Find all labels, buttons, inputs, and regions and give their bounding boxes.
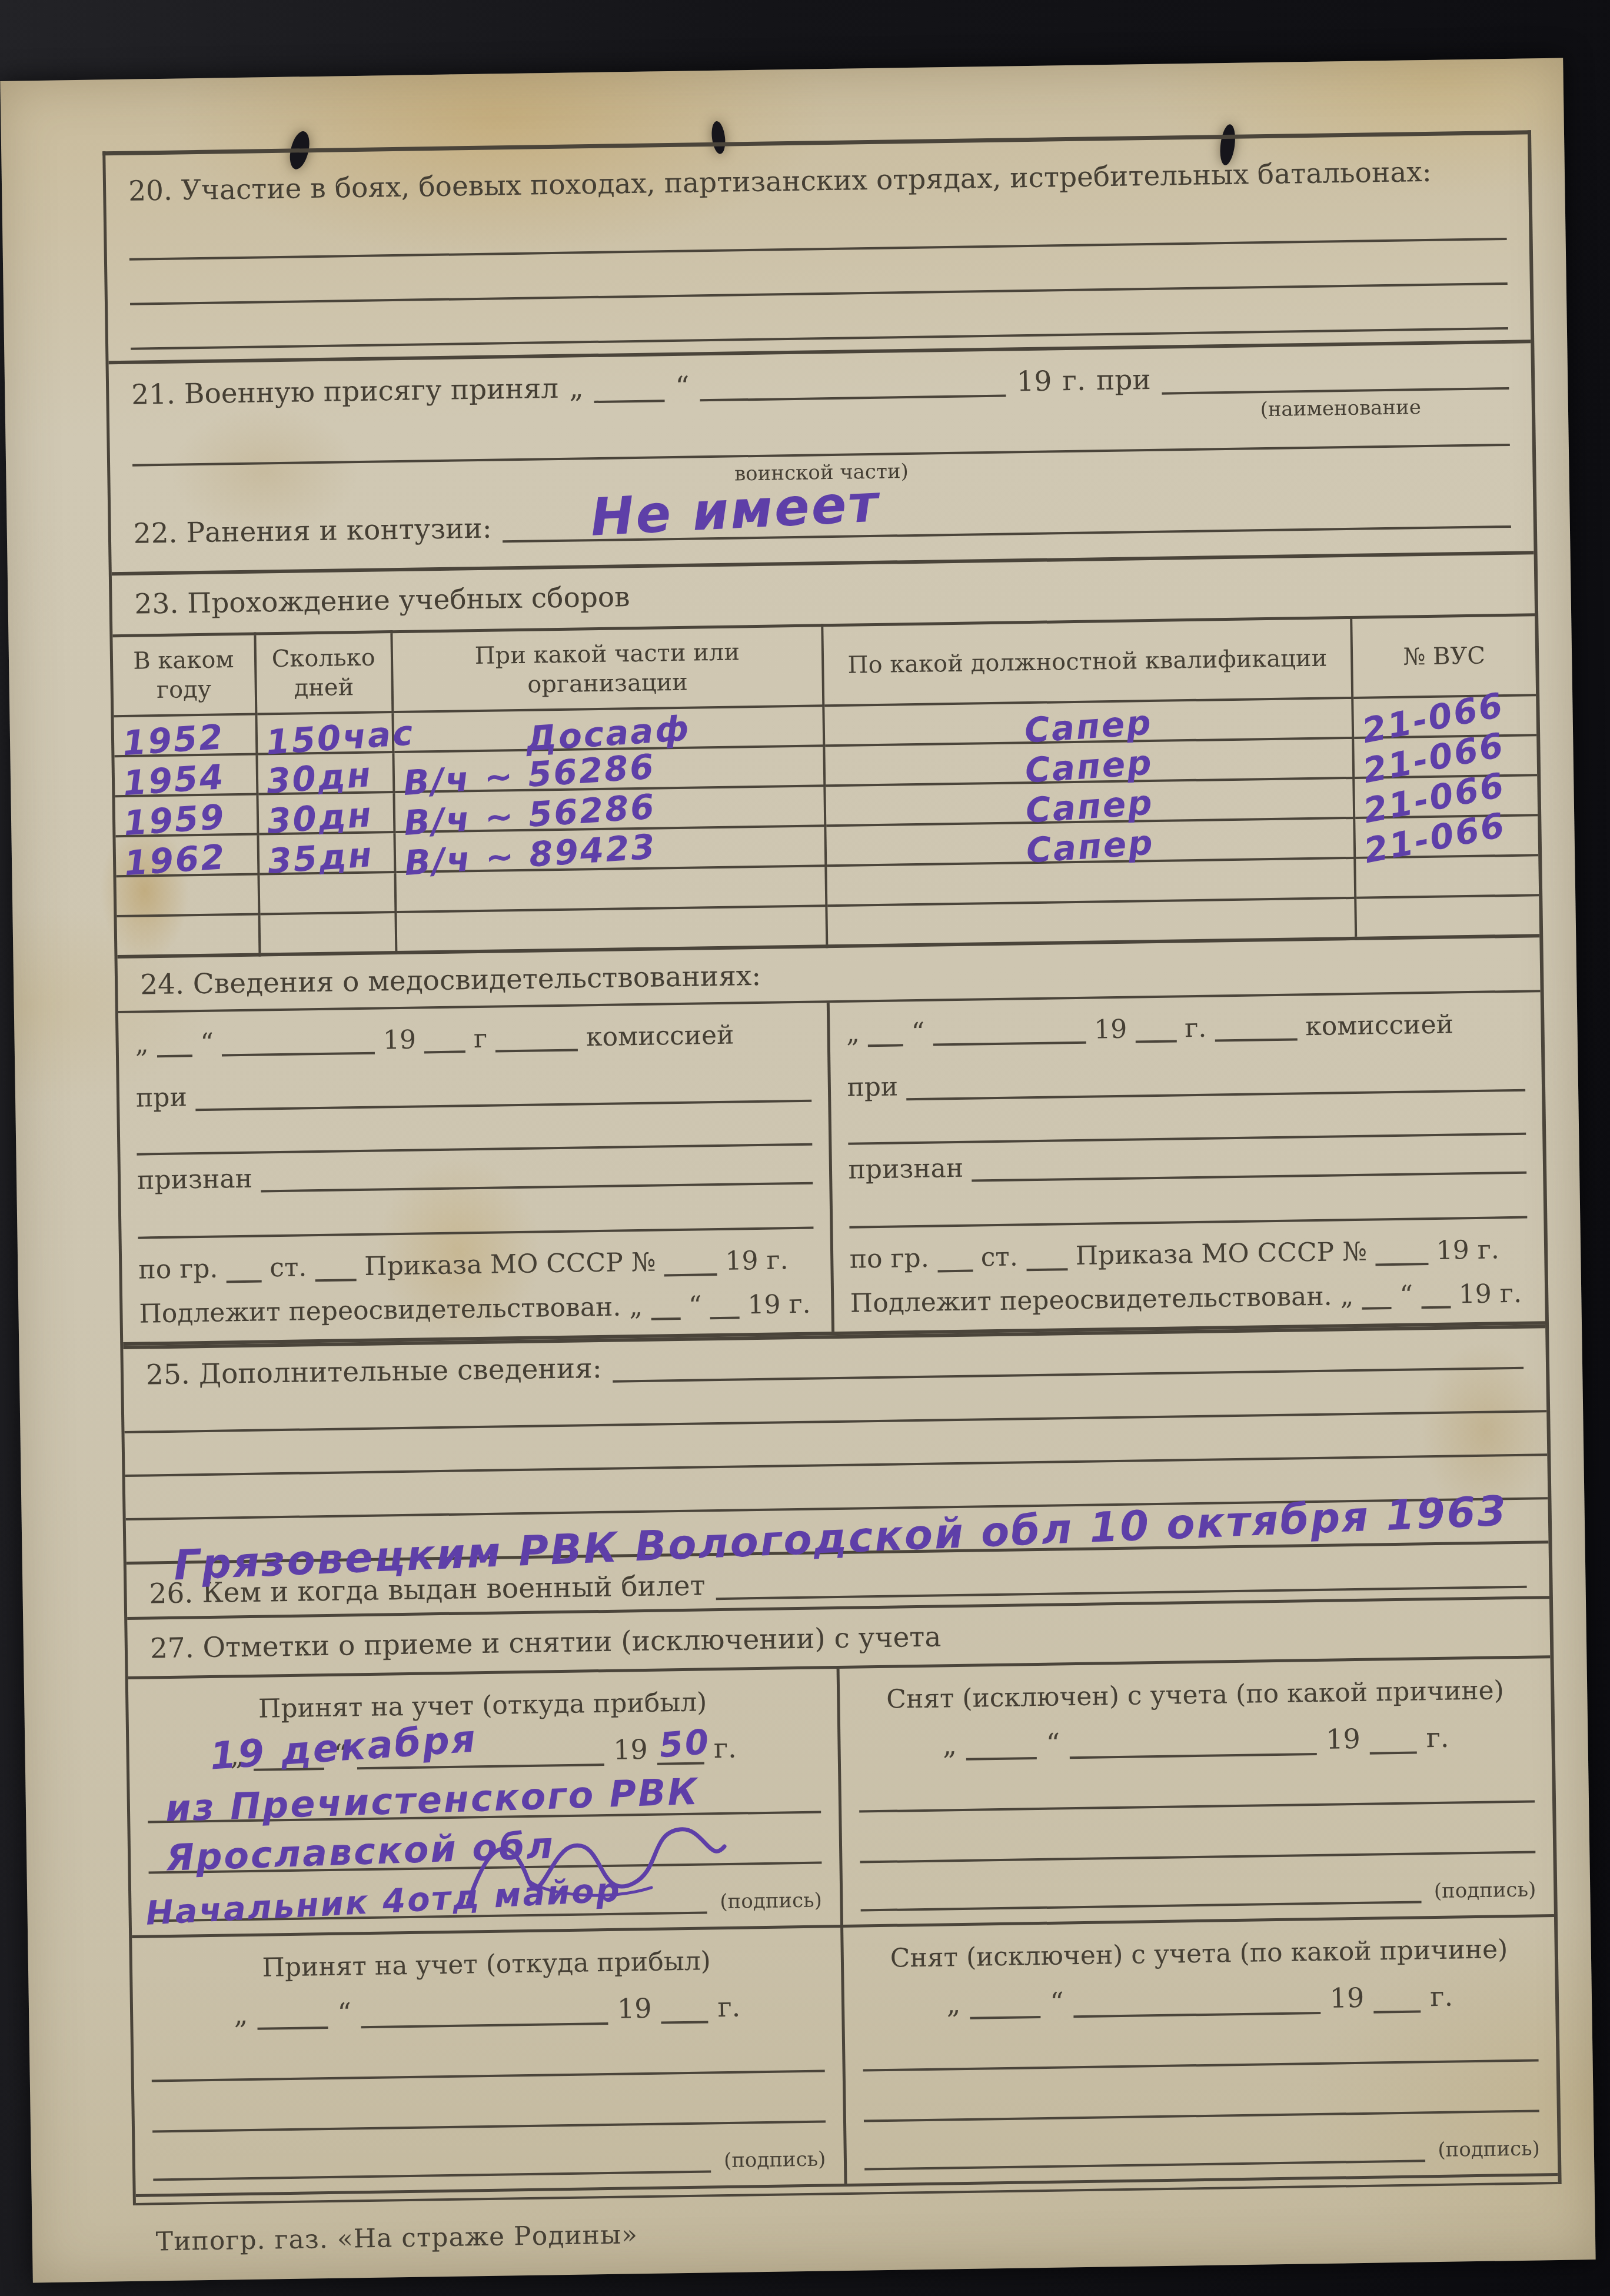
section-23-training-camps: 23. Прохождение учебных сборов В каком г… (112, 551, 1539, 958)
blank-field (651, 1310, 680, 1320)
year-prefix: 19 (1016, 367, 1052, 397)
blank-field (868, 1037, 903, 1047)
section-23-label: 23. Прохождение учебных сборов (112, 567, 1535, 621)
open-quote: „ (846, 1020, 860, 1047)
accepted-cell: Принят на учет (откуда прибыл) „ “ 19 де… (128, 1669, 843, 1935)
year-suffix: г. (1477, 1237, 1499, 1265)
blank-field (1026, 1261, 1067, 1271)
blank-field (222, 1045, 375, 1057)
open-quote: „ (135, 1030, 148, 1058)
cell-role: Сапер (1024, 748, 1153, 784)
po-gr-label: по гр. (138, 1256, 218, 1284)
cell-role: Сапер (1024, 788, 1154, 824)
registration-row-1: Принят на учет (откуда прибыл) „ “ 19 де… (128, 1658, 1554, 1938)
cell-year: 1959 (123, 803, 227, 837)
section-24-medical: 24. Сведения о медосвидетельствованиях: … (118, 937, 1545, 1346)
handwritten-year: 50 (658, 1721, 712, 1765)
blank-field (1373, 2003, 1421, 2013)
close-quote: “ (337, 1996, 351, 2028)
blank-field (1162, 380, 1509, 395)
blank-field (1362, 1300, 1392, 1310)
year-prefix: 19 (1094, 1016, 1127, 1044)
open-quote: „ (629, 1293, 643, 1321)
document-paper: 20. Участие в боях, боевых походах, парт… (0, 58, 1595, 2283)
year-prefix: 19 (617, 1992, 651, 2024)
year-prefix: 19 (725, 1247, 759, 1275)
blank-field (1069, 1746, 1316, 1759)
blank-field (1421, 1299, 1451, 1309)
open-quote: „ (569, 374, 584, 404)
close-quote: “ (200, 1030, 214, 1057)
registration-table: Принят на учет (откуда прибыл) „ “ 19 де… (128, 1655, 1558, 2197)
blank-field (495, 1042, 578, 1053)
year-prefix: 19 (613, 1733, 648, 1766)
year-suffix: г. (717, 1991, 741, 2023)
year-suffix: г (474, 1026, 488, 1053)
handwritten-date: 19 декабря (208, 1717, 478, 1778)
year-prefix: 19 (1326, 1723, 1360, 1755)
blank-field (937, 1262, 973, 1272)
section-25-label: 25. Дополнительные сведения: (146, 1354, 602, 1390)
col-header-unit: При какой части или организации (391, 625, 823, 711)
medical-panel-right: „ “ 19 г. комиссией при (829, 992, 1545, 1332)
blank-field (594, 392, 665, 403)
year-suffix: г. (1062, 367, 1086, 396)
blank-field (864, 2152, 1425, 2170)
military-registration-form: 20. Участие в боях, боевых походах, парт… (102, 130, 1562, 2205)
training-camps-table: В каком году Сколько дней При какой част… (112, 613, 1539, 959)
close-quote: “ (1399, 1282, 1413, 1309)
blank-field (710, 1309, 740, 1319)
section-27-registration-marks: 27. Отметки о приеме и снятии (исключени… (127, 1599, 1558, 2205)
blank-line (859, 1802, 1536, 1863)
podlezhit-label: Подлежит переосвидетельствован. (139, 1293, 621, 1327)
blank-field (700, 387, 1006, 401)
accepted-header: Принят на учет (откуда прибыл) (156, 1944, 817, 1985)
cell-year: 1952 (122, 723, 225, 757)
col-header-vus: № ВУС (1351, 614, 1536, 697)
section-21-oath: 21. Военную присягу принял „ “ 19 г. при… (109, 344, 1533, 496)
removed-header: Снят (исключен) с учета (по какой причин… (863, 1675, 1527, 1716)
year-prefix: 19 (1459, 1280, 1492, 1308)
cell-unit: Досааф (525, 714, 691, 753)
blank-field (153, 2163, 711, 2181)
blank-line (863, 2061, 1539, 2122)
cell-days: 30дн (265, 761, 372, 795)
blank-field (966, 1750, 1037, 1761)
cell-year: 1962 (124, 843, 227, 877)
open-quote: „ (234, 1998, 248, 2030)
podpis-label: (подпись) (720, 1888, 822, 1914)
section-21-label: 21. Военную присягу принял (131, 374, 559, 410)
podpis-label: (подпись) (1434, 1878, 1536, 1903)
year-prefix: 19 (383, 1027, 417, 1054)
blank-line (152, 2072, 826, 2132)
year-suffix: г. (1426, 1721, 1449, 1753)
close-quote: “ (688, 1292, 702, 1320)
prikaz-label: Приказа МО СССР № (1075, 1239, 1367, 1270)
priznan-label: признан (848, 1155, 963, 1184)
prikaz-label: Приказа МО СССР № (364, 1249, 656, 1281)
year-suffix: г. (789, 1290, 811, 1318)
removed-cell: Снят (исключен) с учета (по какой причин… (839, 1658, 1554, 1925)
removed-cell: Снят (исключен) с учета (по какой причин… (843, 1917, 1558, 2184)
blank-field (227, 1273, 262, 1283)
year-prefix: 19 (747, 1291, 781, 1319)
cell-days: 150час (265, 719, 415, 756)
blank-field (258, 2019, 328, 2030)
blank-field: 19 декабря (357, 1756, 604, 1769)
cell-days: 35дн (267, 841, 374, 875)
cell-year: 1954 (122, 763, 226, 797)
po-gr-label: по гр. (849, 1245, 929, 1273)
accepted-cell: Принят на учет (откуда прибыл) „ “ 19 г. (132, 1928, 847, 2194)
blank-field (361, 2015, 608, 2028)
close-quote: “ (675, 372, 690, 402)
blank-field (860, 1894, 1421, 1911)
pri-label: при (136, 1084, 188, 1112)
blank-field (933, 1034, 1086, 1046)
close-quote: “ (1050, 1986, 1064, 2018)
blank-field (424, 1044, 465, 1054)
year-suffix: г. (1500, 1280, 1522, 1307)
year-suffix: г. (713, 1732, 737, 1764)
pri-label: при (847, 1074, 899, 1102)
year-prefix: 19 (1436, 1237, 1469, 1265)
st-label: ст. (270, 1255, 307, 1282)
col-header-year: В каком году (112, 634, 256, 716)
medical-panel-left: „ “ 19 г комиссией при (118, 1003, 834, 1342)
blank-field (1375, 1256, 1428, 1266)
blank-field (1073, 2005, 1320, 2018)
komissiei-label: комиссией (1305, 1011, 1453, 1040)
komissiei-label: комиссией (586, 1022, 734, 1051)
col-header-days: Сколько дней (255, 631, 392, 714)
blank-field (315, 1272, 356, 1282)
close-quote: “ (1046, 1727, 1060, 1759)
blank-field (1370, 1744, 1417, 1754)
cell-role: Сапер (1025, 828, 1155, 864)
section-22-label: 22. Ранения и контузии: (133, 514, 491, 548)
blank-field (157, 1047, 192, 1057)
open-quote: „ (943, 1729, 957, 1761)
year-suffix: г. (1185, 1015, 1207, 1043)
blank-field (664, 1266, 717, 1276)
medical-panels: „ “ 19 г комиссией при (118, 990, 1545, 1346)
open-quote: „ (946, 1988, 961, 2019)
blank-field (1135, 1033, 1176, 1043)
blank-field (716, 1579, 1527, 1600)
print-shop-footer: Типогр. газ. «На страже Родины» (133, 2196, 660, 2257)
podlezhit-label: Подлежит переосвидетельствован. (850, 1283, 1332, 1317)
cell-days: 30дн (266, 801, 373, 835)
signature-icon (456, 1811, 734, 1921)
cell-role: Сапер (1023, 708, 1153, 744)
blank-field (1215, 1031, 1297, 1042)
removed-header: Снят (исключен) с учета (по какой причин… (867, 1934, 1531, 1975)
year-suffix: г. (1430, 1980, 1453, 2012)
section-22-wounds: 22. Ранения и контузии: Не имеет (111, 498, 1533, 548)
section-20-combat-participation: 20. Участие в боях, боевых походах, парт… (105, 134, 1531, 364)
pri-label: при (1096, 365, 1151, 395)
accepted-header: Принят на учет (откуда прибыл) (152, 1686, 813, 1726)
blank-field: Не имеет (503, 518, 1511, 543)
col-header-role: По какой должностной квалификации (822, 617, 1352, 706)
priznan-label: признан (137, 1166, 252, 1194)
open-quote: „ (1340, 1283, 1353, 1310)
registration-row-2: Принят на учет (откуда прибыл) „ “ 19 г. (132, 1917, 1558, 2194)
blank-field: 50 (657, 1755, 704, 1765)
close-quote: “ (912, 1019, 925, 1047)
year-suffix: г. (766, 1247, 789, 1275)
st-label: ст. (980, 1244, 1018, 1272)
podpis-label: (подпись) (724, 2147, 826, 2172)
year-prefix: 19 (1329, 1981, 1364, 2014)
podpis-label: (подпись) (1438, 2137, 1540, 2162)
blank-field (661, 2014, 708, 2024)
blank-field (970, 2009, 1040, 2019)
